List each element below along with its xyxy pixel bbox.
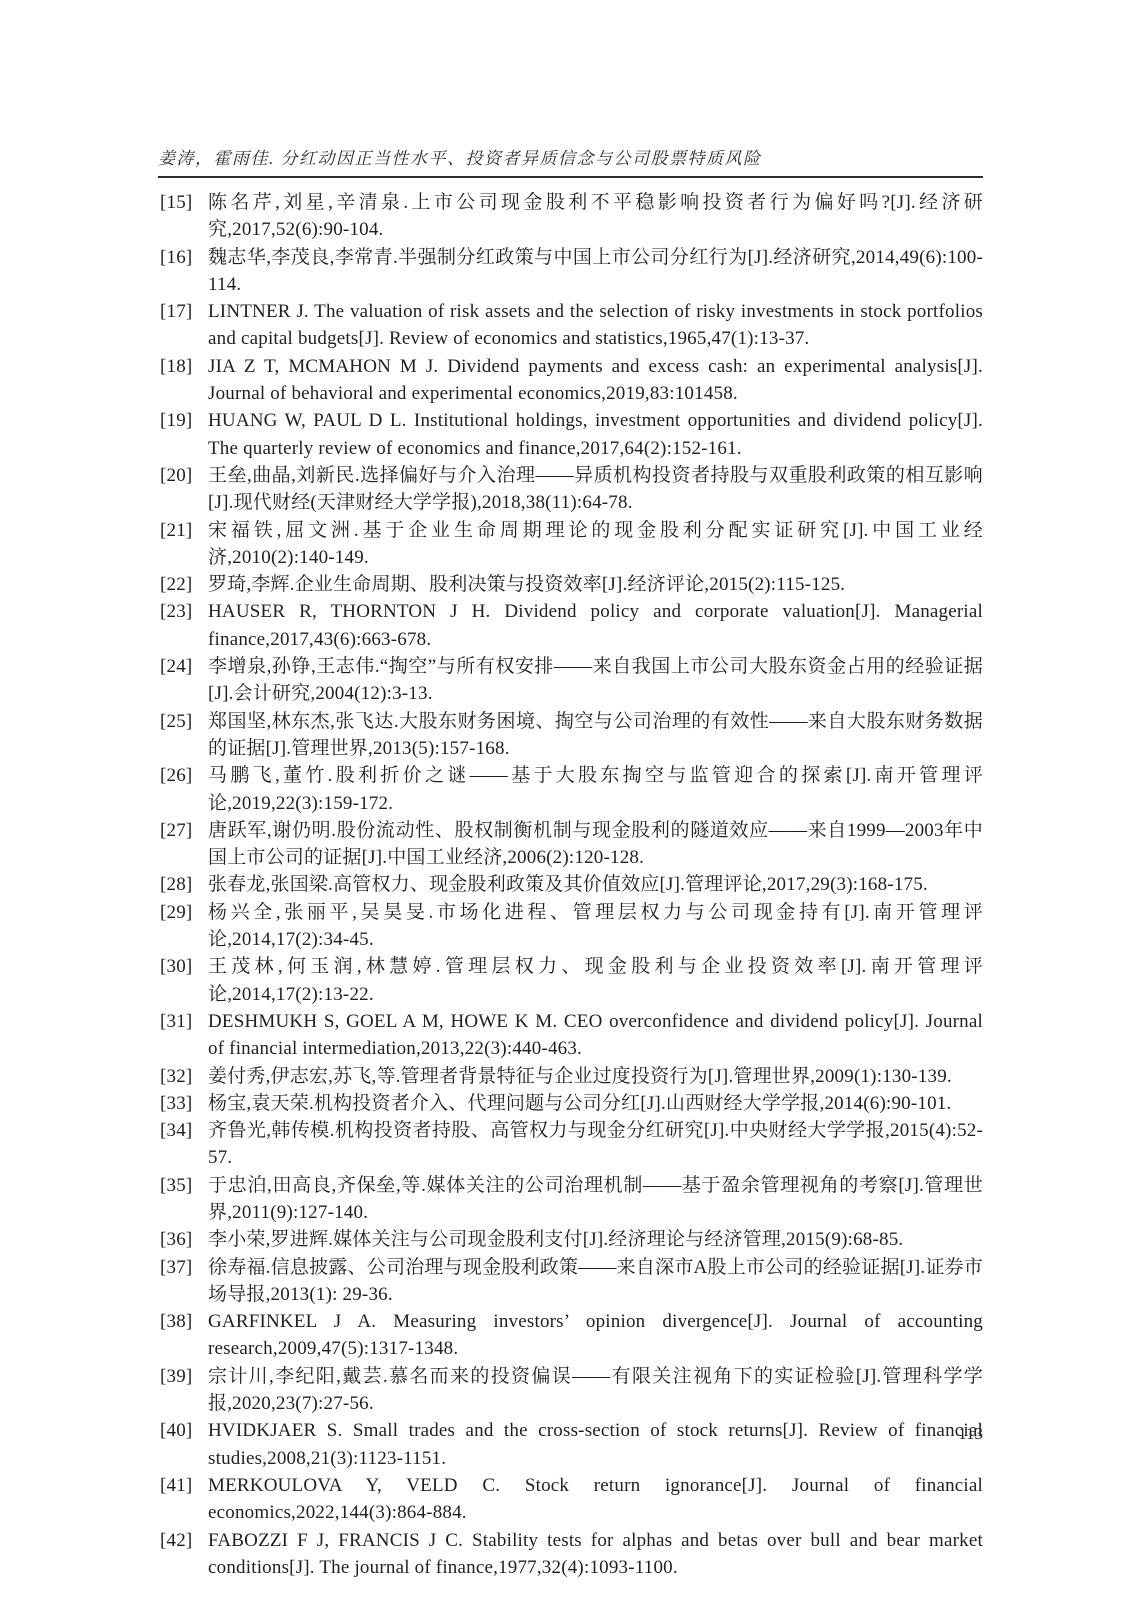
reference-text: 陈名芹,刘星,辛清泉.上市公司现金股利不平稳影响投资者行为偏好吗?[J].经济研…	[208, 192, 983, 240]
reference-item: [25]郑国坚,林东杰,张飞达.大股东财务困境、掏空与公司治理的有效性——来自大…	[158, 708, 983, 763]
reference-text: 李增泉,孙铮,王志伟.“掏空”与所有权安排——来自我国上市公司大股东资金占用的经…	[208, 656, 983, 704]
reference-number: [35]	[160, 1172, 192, 1199]
reference-item: [21]宋福铁,屈文洲.基于企业生命周期理论的现金股利分配实证研究[J].中国工…	[158, 517, 983, 572]
reference-item: [26]马鹏飞,董竹.股利折价之谜——基于大股东掏空与监管迎合的探索[J].南开…	[158, 762, 983, 817]
reference-number: [22]	[160, 571, 192, 598]
reference-item: [18]JIA Z T, MCMAHON M J. Dividend payme…	[158, 353, 983, 408]
reference-item: [33]杨宝,袁天荣.机构投资者介入、代理问题与公司分红[J].山西财经大学学报…	[158, 1090, 983, 1117]
reference-item: [35]于忠泊,田高良,齐保垒,等.媒体关注的公司治理机制——基于盈余管理视角的…	[158, 1172, 983, 1227]
reference-text: 姜付秀,伊志宏,苏飞,等.管理者背景特征与企业过度投资行为[J].管理世界,20…	[208, 1066, 952, 1087]
reference-item: [23]HAUSER R, THORNTON J H. Dividend pol…	[158, 598, 983, 653]
reference-text: LINTNER J. The valuation of risk assets …	[208, 301, 983, 349]
reference-number: [17]	[160, 298, 192, 325]
reference-text: 郑国坚,林东杰,张飞达.大股东财务困境、掏空与公司治理的有效性——来自大股东财务…	[208, 711, 983, 759]
reference-text: GARFINKEL J A. Measuring investors’ opin…	[208, 1311, 983, 1359]
reference-text: 杨兴全,张丽平,吴昊旻.市场化进程、管理层权力与公司现金持有[J].南开管理评论…	[208, 902, 983, 950]
reference-number: [16]	[160, 244, 192, 271]
reference-number: [24]	[160, 653, 192, 680]
reference-number: [36]	[160, 1226, 192, 1253]
reference-number: [27]	[160, 817, 192, 844]
reference-number: [41]	[160, 1472, 192, 1499]
reference-number: [33]	[160, 1090, 192, 1117]
reference-number: [37]	[160, 1254, 192, 1281]
reference-text: 齐鲁光,韩传模.机构投资者持股、高管权力与现金分红研究[J].中央财经大学学报,…	[208, 1120, 983, 1168]
reference-number: [30]	[160, 953, 192, 980]
reference-item: [38]GARFINKEL J A. Measuring investors’ …	[158, 1308, 983, 1363]
reference-number: [42]	[160, 1527, 192, 1554]
reference-number: [28]	[160, 871, 192, 898]
reference-text: DESHMUKH S, GOEL A M, HOWE K M. CEO over…	[208, 1011, 983, 1059]
reference-number: [34]	[160, 1117, 192, 1144]
reference-text: 王垒,曲晶,刘新民.选择偏好与介入治理——异质机构投资者持股与双重股利政策的相互…	[208, 465, 983, 513]
reference-item: [15]陈名芹,刘星,辛清泉.上市公司现金股利不平稳影响投资者行为偏好吗?[J]…	[158, 189, 983, 244]
reference-item: [29]杨兴全,张丽平,吴昊旻.市场化进程、管理层权力与公司现金持有[J].南开…	[158, 899, 983, 954]
reference-number: [19]	[160, 407, 192, 434]
reference-text: 马鹏飞,董竹.股利折价之谜——基于大股东掏空与监管迎合的探索[J].南开管理评论…	[208, 765, 983, 813]
reference-item: [36]李小荣,罗进辉.媒体关注与公司现金股利支付[J].经济理论与经济管理,2…	[158, 1226, 983, 1253]
reference-item: [27]唐跃军,谢仍明.股份流动性、股权制衡机制与现金股利的隧道效应——来自19…	[158, 817, 983, 872]
reference-item: [28]张春龙,张国梁.高管权力、现金股利政策及其价值效应[J].管理评论,20…	[158, 871, 983, 898]
reference-number: [32]	[160, 1063, 192, 1090]
running-header-title: 姜涛，霍雨佳. 分红动因正当性水平、投资者异质信念与公司股票特质风险	[158, 144, 983, 169]
reference-item: [30]王茂林,何玉润,林慧婷.管理层权力、现金股利与企业投资效率[J].南开管…	[158, 953, 983, 1008]
header-rule	[158, 176, 983, 178]
reference-text: 宋福铁,屈文洲.基于企业生命周期理论的现金股利分配实证研究[J].中国工业经济,…	[208, 520, 983, 568]
page-number: 113	[158, 1424, 983, 1444]
reference-number: [26]	[160, 762, 192, 789]
reference-text: 罗琦,李辉.企业生命周期、股利决策与投资效率[J].经济评论,2015(2):1…	[208, 574, 845, 595]
reference-item: [19]HUANG W, PAUL D L. Institutional hol…	[158, 407, 983, 462]
reference-number: [38]	[160, 1308, 192, 1335]
reference-text: 于忠泊,田高良,齐保垒,等.媒体关注的公司治理机制——基于盈余管理视角的考察[J…	[208, 1175, 983, 1223]
reference-item: [31]DESHMUKH S, GOEL A M, HOWE K M. CEO …	[158, 1008, 983, 1063]
reference-item: [24]李增泉,孙铮,王志伟.“掏空”与所有权安排——来自我国上市公司大股东资金…	[158, 653, 983, 708]
reference-item: [34]齐鲁光,韩传模.机构投资者持股、高管权力与现金分红研究[J].中央财经大…	[158, 1117, 983, 1172]
reference-text: 魏志华,李茂良,李常青.半强制分红政策与中国上市公司分红行为[J].经济研究,2…	[208, 247, 983, 295]
reference-text: 唐跃军,谢仍明.股份流动性、股权制衡机制与现金股利的隧道效应——来自1999—2…	[208, 820, 983, 868]
reference-number: [25]	[160, 708, 192, 735]
reference-text: HAUSER R, THORNTON J H. Dividend policy …	[208, 601, 983, 649]
paper-page: 姜涛，霍雨佳. 分红动因正当性水平、投资者异质信念与公司股票特质风险 [15]陈…	[0, 0, 1140, 1600]
reference-number: [20]	[160, 462, 192, 489]
reference-number: [18]	[160, 353, 192, 380]
reference-item: [37]徐寿福.信息披露、公司治理与现金股利政策——来自深市A股上市公司的经验证…	[158, 1254, 983, 1309]
reference-item: [39]宗计川,李纪阳,戴芸.慕名而来的投资偏误——有限关注视角下的实证检验[J…	[158, 1363, 983, 1418]
reference-text: FABOZZI F J, FRANCIS J C. Stability test…	[208, 1530, 983, 1578]
reference-item: [42]FABOZZI F J, FRANCIS J C. Stability …	[158, 1527, 983, 1582]
reference-text: 李小荣,罗进辉.媒体关注与公司现金股利支付[J].经济理论与经济管理,2015(…	[208, 1229, 903, 1250]
reference-number: [29]	[160, 899, 192, 926]
reference-item: [17]LINTNER J. The valuation of risk ass…	[158, 298, 983, 353]
reference-text: JIA Z T, MCMAHON M J. Dividend payments …	[208, 356, 983, 404]
reference-text: 杨宝,袁天荣.机构投资者介入、代理问题与公司分红[J].山西财经大学学报,201…	[208, 1093, 951, 1114]
reference-text: 徐寿福.信息披露、公司治理与现金股利政策——来自深市A股上市公司的经验证据[J]…	[208, 1257, 983, 1305]
reference-text: 张春龙,张国梁.高管权力、现金股利政策及其价值效应[J].管理评论,2017,2…	[208, 874, 928, 895]
reference-item: [20]王垒,曲晶,刘新民.选择偏好与介入治理——异质机构投资者持股与双重股利政…	[158, 462, 983, 517]
reference-item: [16]魏志华,李茂良,李常青.半强制分红政策与中国上市公司分红行为[J].经济…	[158, 244, 983, 299]
reference-text: MERKOULOVA Y, VELD C. Stock return ignor…	[208, 1475, 983, 1523]
reference-text: HUANG W, PAUL D L. Institutional holding…	[208, 410, 983, 458]
reference-number: [31]	[160, 1008, 192, 1035]
reference-number: [23]	[160, 598, 192, 625]
reference-item: [41]MERKOULOVA Y, VELD C. Stock return i…	[158, 1472, 983, 1527]
reference-item: [22]罗琦,李辉.企业生命周期、股利决策与投资效率[J].经济评论,2015(…	[158, 571, 983, 598]
reference-number: [15]	[160, 189, 192, 216]
reference-text: 宗计川,李纪阳,戴芸.慕名而来的投资偏误——有限关注视角下的实证检验[J].管理…	[208, 1366, 983, 1414]
reference-text: 王茂林,何玉润,林慧婷.管理层权力、现金股利与企业投资效率[J].南开管理评论,…	[208, 956, 983, 1004]
reference-item: [32]姜付秀,伊志宏,苏飞,等.管理者背景特征与企业过度投资行为[J].管理世…	[158, 1063, 983, 1090]
reference-number: [39]	[160, 1363, 192, 1390]
reference-number: [21]	[160, 517, 192, 544]
references-list: [15]陈名芹,刘星,辛清泉.上市公司现金股利不平稳影响投资者行为偏好吗?[J]…	[158, 189, 983, 1581]
